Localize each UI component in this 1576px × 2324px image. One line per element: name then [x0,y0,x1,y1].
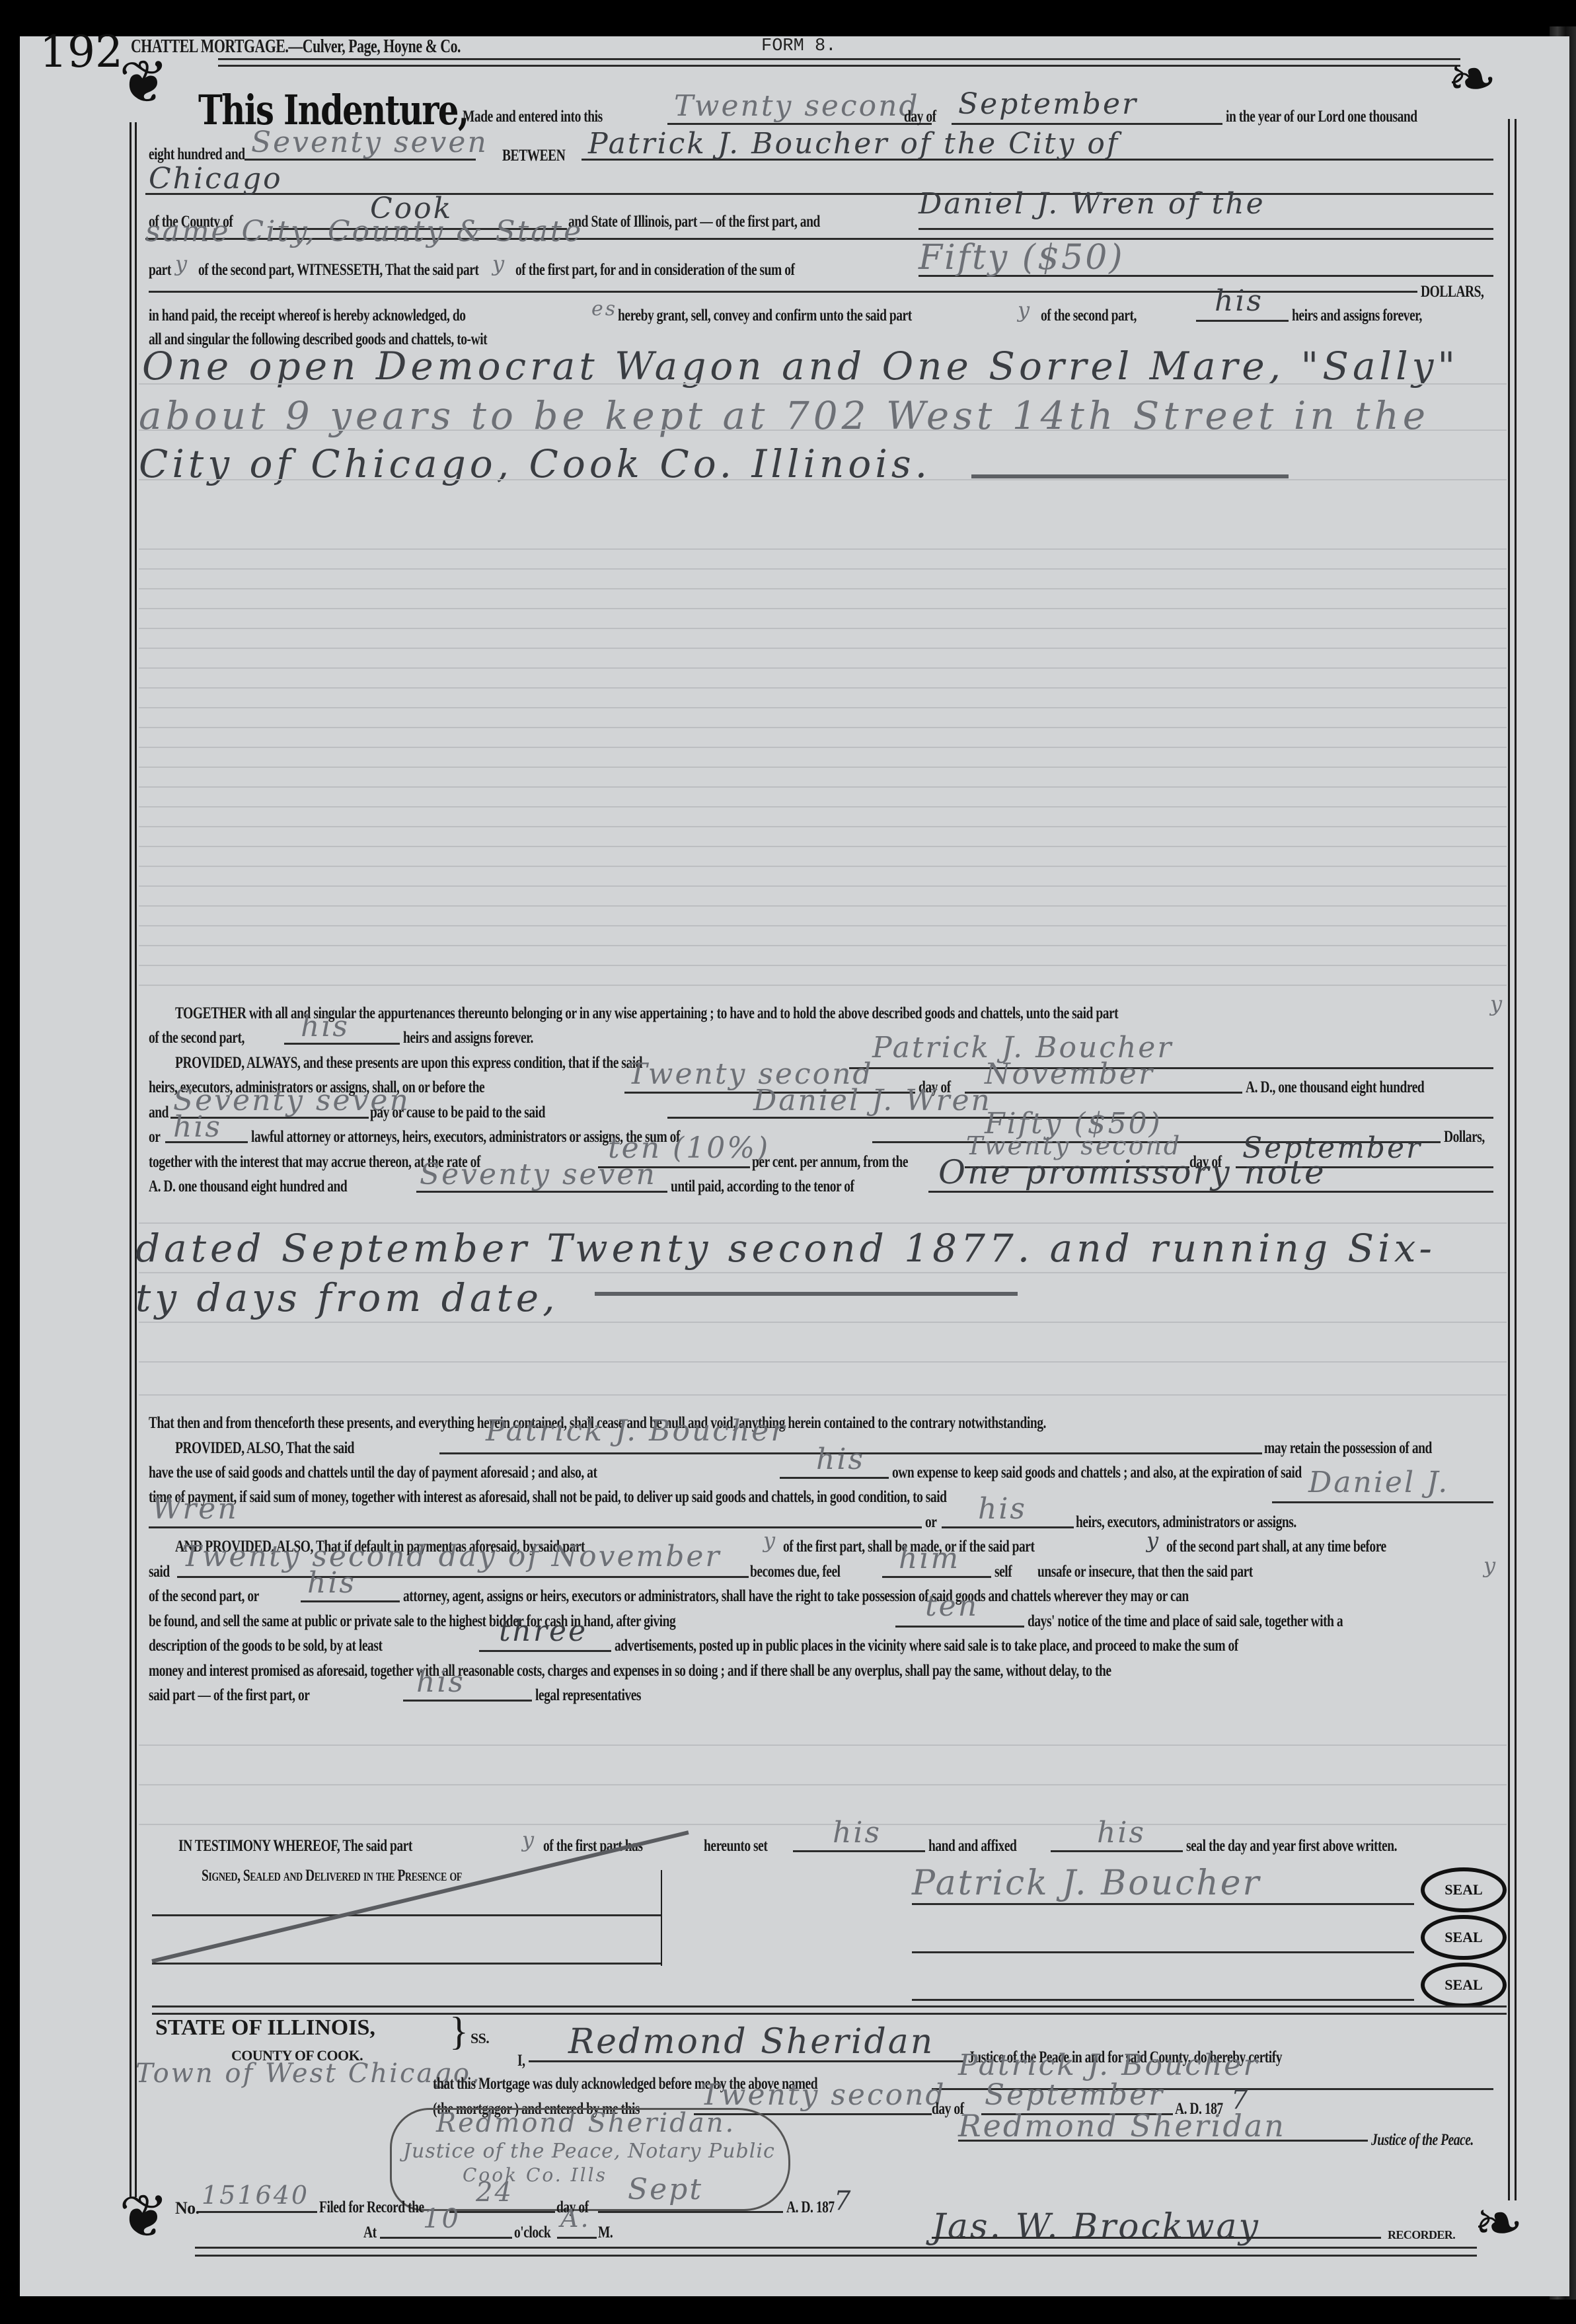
seal-badge-1: SEAL [1421,1867,1507,1912]
field-his-2: his [301,1010,350,1043]
field-party1: Patrick J. Boucher of the City of [588,127,1119,161]
label-hereunto-set: hereunto set [704,1837,767,1855]
label-becomes-due: becomes due, feel [750,1563,841,1581]
field-record-no: 151640 [202,2181,309,2210]
label-part: part [149,261,171,280]
label-at: At [363,2224,377,2242]
label-unsafe: unsafe or insecure, that then the said p… [1037,1563,1253,1581]
field-party2-cont: same City, County & State [145,215,583,248]
header-rule-bottom [218,65,1460,67]
field-line-record-no [198,2211,317,2213]
label-tenor: until paid, according to the tenor of [671,1178,854,1196]
footer-rule-bottom [195,2255,1477,2257]
label-time-of-payment: time of payment, if said sum of money, t… [149,1488,947,1507]
label-ss: SS. [470,2030,489,2047]
field-deliver-to-cont: Wren [152,1492,239,1526]
label-overplus: money and interest promised as aforesaid… [149,1662,1111,1680]
label-receipt: in hand paid, the receipt whereof is her… [149,307,466,325]
label-consideration: of the first part, for and in considerat… [515,261,795,280]
label-ad-187-2: A. D. 187 [786,2198,835,2217]
label-ad-eight-hundred: A. D. one thousand eight hundred and [149,1178,347,1196]
field-line-justice-signature [958,2140,1368,2142]
stamp-name: Redmond Sheridan. [436,2108,735,2138]
field-line-his-5 [942,1526,1074,1528]
label-heirs-forever: heirs and assigns forever. [403,1029,533,1047]
field-line-his-6 [301,1600,400,1602]
label-any-time-before: of the second part shall, at any time be… [1166,1538,1386,1556]
closing-dash-line [971,474,1289,478]
label-per-annum: per cent. per annum, from the [752,1153,908,1172]
label-dollars: DOLLARS, [1421,283,1483,301]
label-day-of: day of [904,108,936,126]
ruled-line [139,1744,1507,1746]
field-line-advert-count [479,1650,611,1652]
field-part-suffix-2: y [492,251,506,276]
field-part-suffix-5: y [763,1528,777,1553]
label-description-goods: description of the goods to be sold, by … [149,1637,382,1655]
field-due-month: November [985,1057,1154,1091]
seal-badge-3: SEAL [1421,1963,1507,2007]
field-part-suffix-4: y [1490,991,1504,1016]
label-self: self [994,1563,1012,1581]
field-advert-count: three [499,1614,587,1648]
field-line-him [882,1576,991,1578]
field-day: Twenty second [674,89,920,123]
ornament-corner-bottom-right-icon: ❧ [1474,2194,1523,2253]
ruled-line [139,1361,1507,1363]
seal-badge-2: SEAL [1421,1915,1507,1960]
label-advertisements: advertisements, posted up in public plac… [615,1637,1238,1655]
label-witnesseth: of the second part, WITNESSETH, That the… [198,261,478,280]
footer-rule-top [195,2247,1477,2249]
field-part-suffix-6: y [1146,1528,1160,1553]
ruled-line [139,1272,1507,1273]
field-line-meridiem [557,2237,597,2239]
field-part-suffix-8: y [522,1827,536,1852]
ornament-corner-top-left-icon: ❦ [119,53,169,112]
stamp-title: Justice of the Peace, Notary Public [403,2140,775,2163]
section-rule-bottom [152,2013,1507,2015]
field-tenor: One promissory note [938,1153,1326,1191]
label-grant-sell: hereby grant, sell, convey and confirm u… [618,307,912,325]
field-filed-year: 7 [834,2186,852,2216]
field-line-mortgagor [849,1067,1493,1069]
witness-line-2 [152,1963,661,1965]
label-legal-representatives: legal representatives [535,1686,641,1705]
mortgagor-signature: Patrick J. Boucher [912,1863,1261,1903]
field-deliver-to: Daniel J. [1308,1466,1449,1499]
field-filed-month: Sept [628,2173,703,2206]
ruled-line [139,1322,1507,1323]
field-hour: 10 [423,2204,461,2234]
field-his-seal: his [1097,1816,1146,1850]
field-his-6: his [307,1566,356,1600]
label-heirs-executors: heirs, executors, administrators or assi… [1076,1513,1296,1532]
label-said-part: said part — of the first part, or [149,1686,309,1705]
brace-icon: } [449,2009,468,2054]
field-part-suffix: y [175,251,189,276]
label-said: said [149,1563,170,1581]
border-right-outer [1515,119,1517,2200]
label-days-notice: days' notice of the time and place of sa… [1028,1612,1343,1631]
label-hand-affixed: hand and affixed [928,1837,1016,1855]
label-right-to-possession: attorney, agent, assigns or heirs, execu… [403,1587,1189,1606]
field-line-month [952,123,1222,125]
ornament-corner-top-right-icon: ❧ [1447,50,1497,109]
field-notice-days: ten [925,1589,979,1623]
field-his-5: his [978,1492,1027,1526]
field-mortgagee: Daniel J. Wren [753,1084,992,1117]
label-second-part-3: of the second part, or [149,1587,259,1606]
field-him: him [899,1542,960,1575]
label-pay-to: pay or cause to be paid to the said [370,1104,545,1122]
border-left-outer [130,122,131,2197]
border-left-inner [135,122,137,2197]
label-recorder: RECORDER. [1388,2228,1455,2242]
note-description-line-1: dated September Twenty second 1877. and … [135,1226,1436,1271]
label-dollars-2: Dollars, [1444,1128,1485,1146]
ruled-line [139,479,1507,480]
label-sell-same: be found, and sell the same at public or… [149,1612,675,1631]
clause-provided-always: PROVIDED, ALWAYS, and these presents are… [175,1054,642,1072]
label-oclock: o'clock [514,2224,550,2242]
label-no: No. [175,2198,199,2218]
field-line-his-7 [403,1700,532,1702]
field-line-deliver-to [1272,1501,1493,1503]
recorder-signature: Jas. W. Brockway [932,2207,1260,2247]
label-ad-thousand: A. D., one thousand eight hundred [1246,1078,1424,1097]
goods-description-line-2: about 9 years to be kept at 702 West 14t… [139,393,1429,438]
justice-signature: Redmond Sheridan [958,2108,1286,2144]
field-party1-cont: Chicago [149,162,283,196]
field-line-his [1196,320,1289,322]
label-or-2: or [925,1513,936,1532]
field-part-suffix-3: y [1018,297,1032,322]
field-line-his-hand [793,1850,925,1852]
label-own-expense: own expense to keep said goods and chatt… [892,1464,1302,1482]
clause-in-testimony: IN TESTIMONY WHEREOF, The said part [178,1837,412,1855]
field-his-3: his [173,1110,222,1144]
witness-line-1 [152,1914,661,1916]
field-part-suffix-7: y [1483,1553,1497,1578]
label-eight-hundred: eight hundred and [149,145,245,164]
label-and: and [149,1104,169,1122]
field-line-deliver-to-cont [149,1526,922,1528]
header-rule-top [218,58,1460,60]
field-acknowledger: Patrick J. Boucher [958,2048,1259,2082]
field-line-due-month [965,1092,1242,1094]
field-town: Town of West Chicago, [135,2058,482,2089]
label-use-of-goods: have the use of said goods and chattels … [149,1464,597,1482]
field-cert-day: Twenty second [700,2078,946,2112]
field-his: his [1215,284,1263,318]
ruled-line [139,430,1507,431]
field-line-recorder [932,2237,1381,2239]
label-filed-for-record: Filed for Record the [319,2198,424,2217]
label-i: I, [517,2052,525,2070]
closing-dash-line-2 [595,1292,1018,1296]
ruled-line [139,1394,1507,1396]
clause-provided-also: PROVIDED, ALSO, That the said [175,1439,354,1458]
field-line-due-date [177,1576,749,1578]
label-state-first-part: and State of Illinois, part — of the fir… [568,213,820,231]
field-retainer: Patrick J. Boucher [486,1414,786,1448]
label-state-of-illinois: STATE OF ILLINOIS, [155,2015,375,2041]
label-second-part: of the second part, [1041,307,1137,325]
note-description-line-2: ty days from date, [135,1275,559,1320]
label-year-lord: in the year of our Lord one thousand [1226,108,1417,126]
field-month: September [958,87,1138,121]
witness-brace [661,1870,662,1966]
border-right-inner [1508,119,1510,2200]
field-from-year: Seventy seven [420,1158,657,1191]
field-line-party1-cont [145,193,1493,195]
goods-description-line-1: One open Democrat Wagon and One Sorrel M… [142,344,1459,389]
form-label: FORM 8. [761,36,836,56]
publisher-line: CHATTEL MORTGAGE.—Culver, Page, Hoyne & … [131,36,461,57]
field-line-hour [380,2237,512,2239]
field-line-filed-day [449,2211,555,2213]
label-or: or [149,1128,160,1146]
signature-line-3 [912,1999,1414,2001]
field-filed-day: 24 [476,2177,513,2208]
label-signed-sealed: Signed, Sealed and Delivered in the Pres… [202,1867,462,1885]
field-line-notice-days [895,1626,1024,1628]
field-line-filed-month [598,2211,783,2213]
page-number: 192 [40,26,123,77]
field-party2: Daniel J. Wren of the [919,187,1265,221]
field-sum: Fifty ($50) [919,238,1125,278]
field-line-party2 [919,228,1493,230]
field-his-hand: his [833,1816,882,1850]
label-second-part-2: of the second part, [149,1029,244,1047]
field-does-suffix: es [591,297,617,320]
label-justice-of-peace: Justice of the Peace. [1371,2131,1474,2150]
field-line-his-4 [780,1477,889,1479]
field-his-7: his [416,1665,465,1699]
field-line-day [667,123,932,125]
field-year: Seventy seven [251,126,488,159]
label-retain-possession: may retain the possession of and [1264,1439,1432,1458]
section-rule-top [152,2005,1507,2007]
field-cert-month: September [985,2078,1164,2112]
field-due-date: Twenty second day of November [182,1540,721,1573]
field-meridiem: A. [560,2204,591,2233]
ruled-line [139,1222,1507,1224]
field-line-his-seal [1051,1850,1183,1852]
signature-line-2 [912,1951,1414,1953]
ruled-line [139,383,1507,385]
field-justice: Redmond Sheridan [568,2022,934,2062]
ruled-line [139,1784,1507,1785]
ornament-corner-bottom-left-icon: ❦ [119,2187,169,2247]
label-made-entered: Made and entered into this [463,108,603,126]
label-heirs-assigns: heirs and assigns forever, [1292,307,1422,325]
label-seal-day-year: seal the day and year first above writte… [1186,1837,1397,1855]
ruled-line [139,1824,1507,1825]
field-his-4: his [816,1443,865,1476]
label-between: BETWEEN [502,147,565,165]
label-m: M. [598,2224,613,2242]
signature-line-1 [912,1903,1414,1905]
